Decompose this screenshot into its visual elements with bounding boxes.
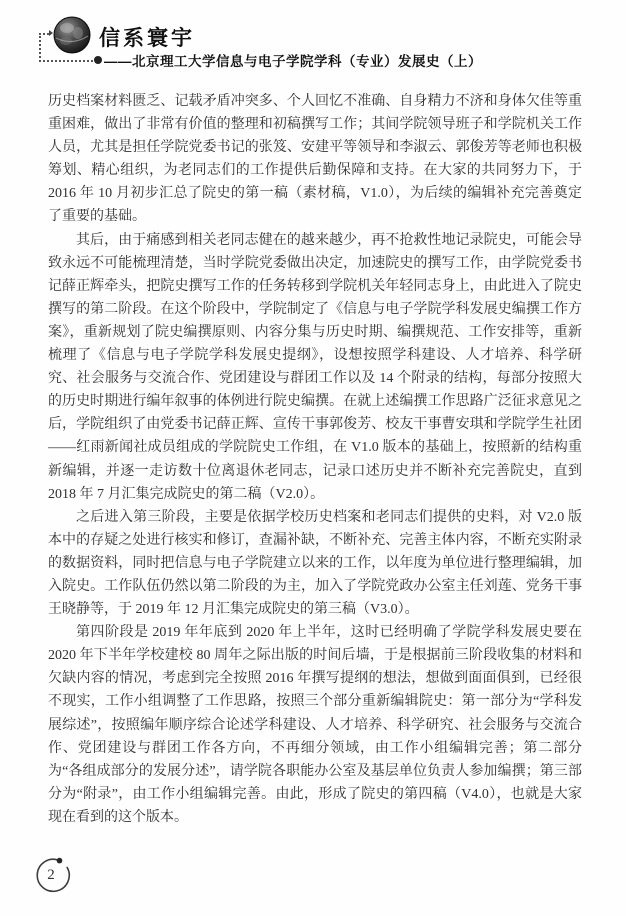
globe-icon (53, 16, 91, 54)
paragraph-2: 其后，由于痛感到相关老同志健在的越来越少，再不抢救性地记录院史，可能会导致永远不… (48, 229, 582, 506)
page-number: 2 (30, 853, 72, 897)
paragraph-3: 之后进入第三阶段，主要是依据学校历史档案和老同志们提供的史料，对 V2.0 版本… (48, 506, 582, 621)
book-subtitle: ——北京理工大学信息与电子学院学科（专业）发展史（上） (104, 50, 482, 70)
book-page: 信系寰宇 ——北京理工大学信息与电子学院学科（专业）发展史（上） 历史档案材料匮… (0, 0, 626, 916)
dotted-rule-horizontal (39, 60, 97, 62)
paragraph-4: 第四阶段是 2019 年年底到 2020 年上半年，这时已经明确了学院学科发展史… (48, 621, 582, 829)
rule-end-dot (94, 56, 102, 64)
page-header: 信系寰宇 ——北京理工大学信息与电子学院学科（专业）发展史（上） (0, 0, 626, 82)
dotted-rule-vertical (39, 36, 41, 62)
page-number-badge: 2 (30, 853, 76, 899)
page-body: 历史档案材料匮乏、记载矛盾冲突多、个人回忆不准确、自身精力不济和身体欠佳等重重困… (48, 90, 582, 829)
paragraph-1: 历史档案材料匮乏、记载矛盾冲突多、个人回忆不准确、自身精力不济和身体欠佳等重重困… (48, 90, 582, 229)
series-title: 信系寰宇 (99, 22, 195, 52)
